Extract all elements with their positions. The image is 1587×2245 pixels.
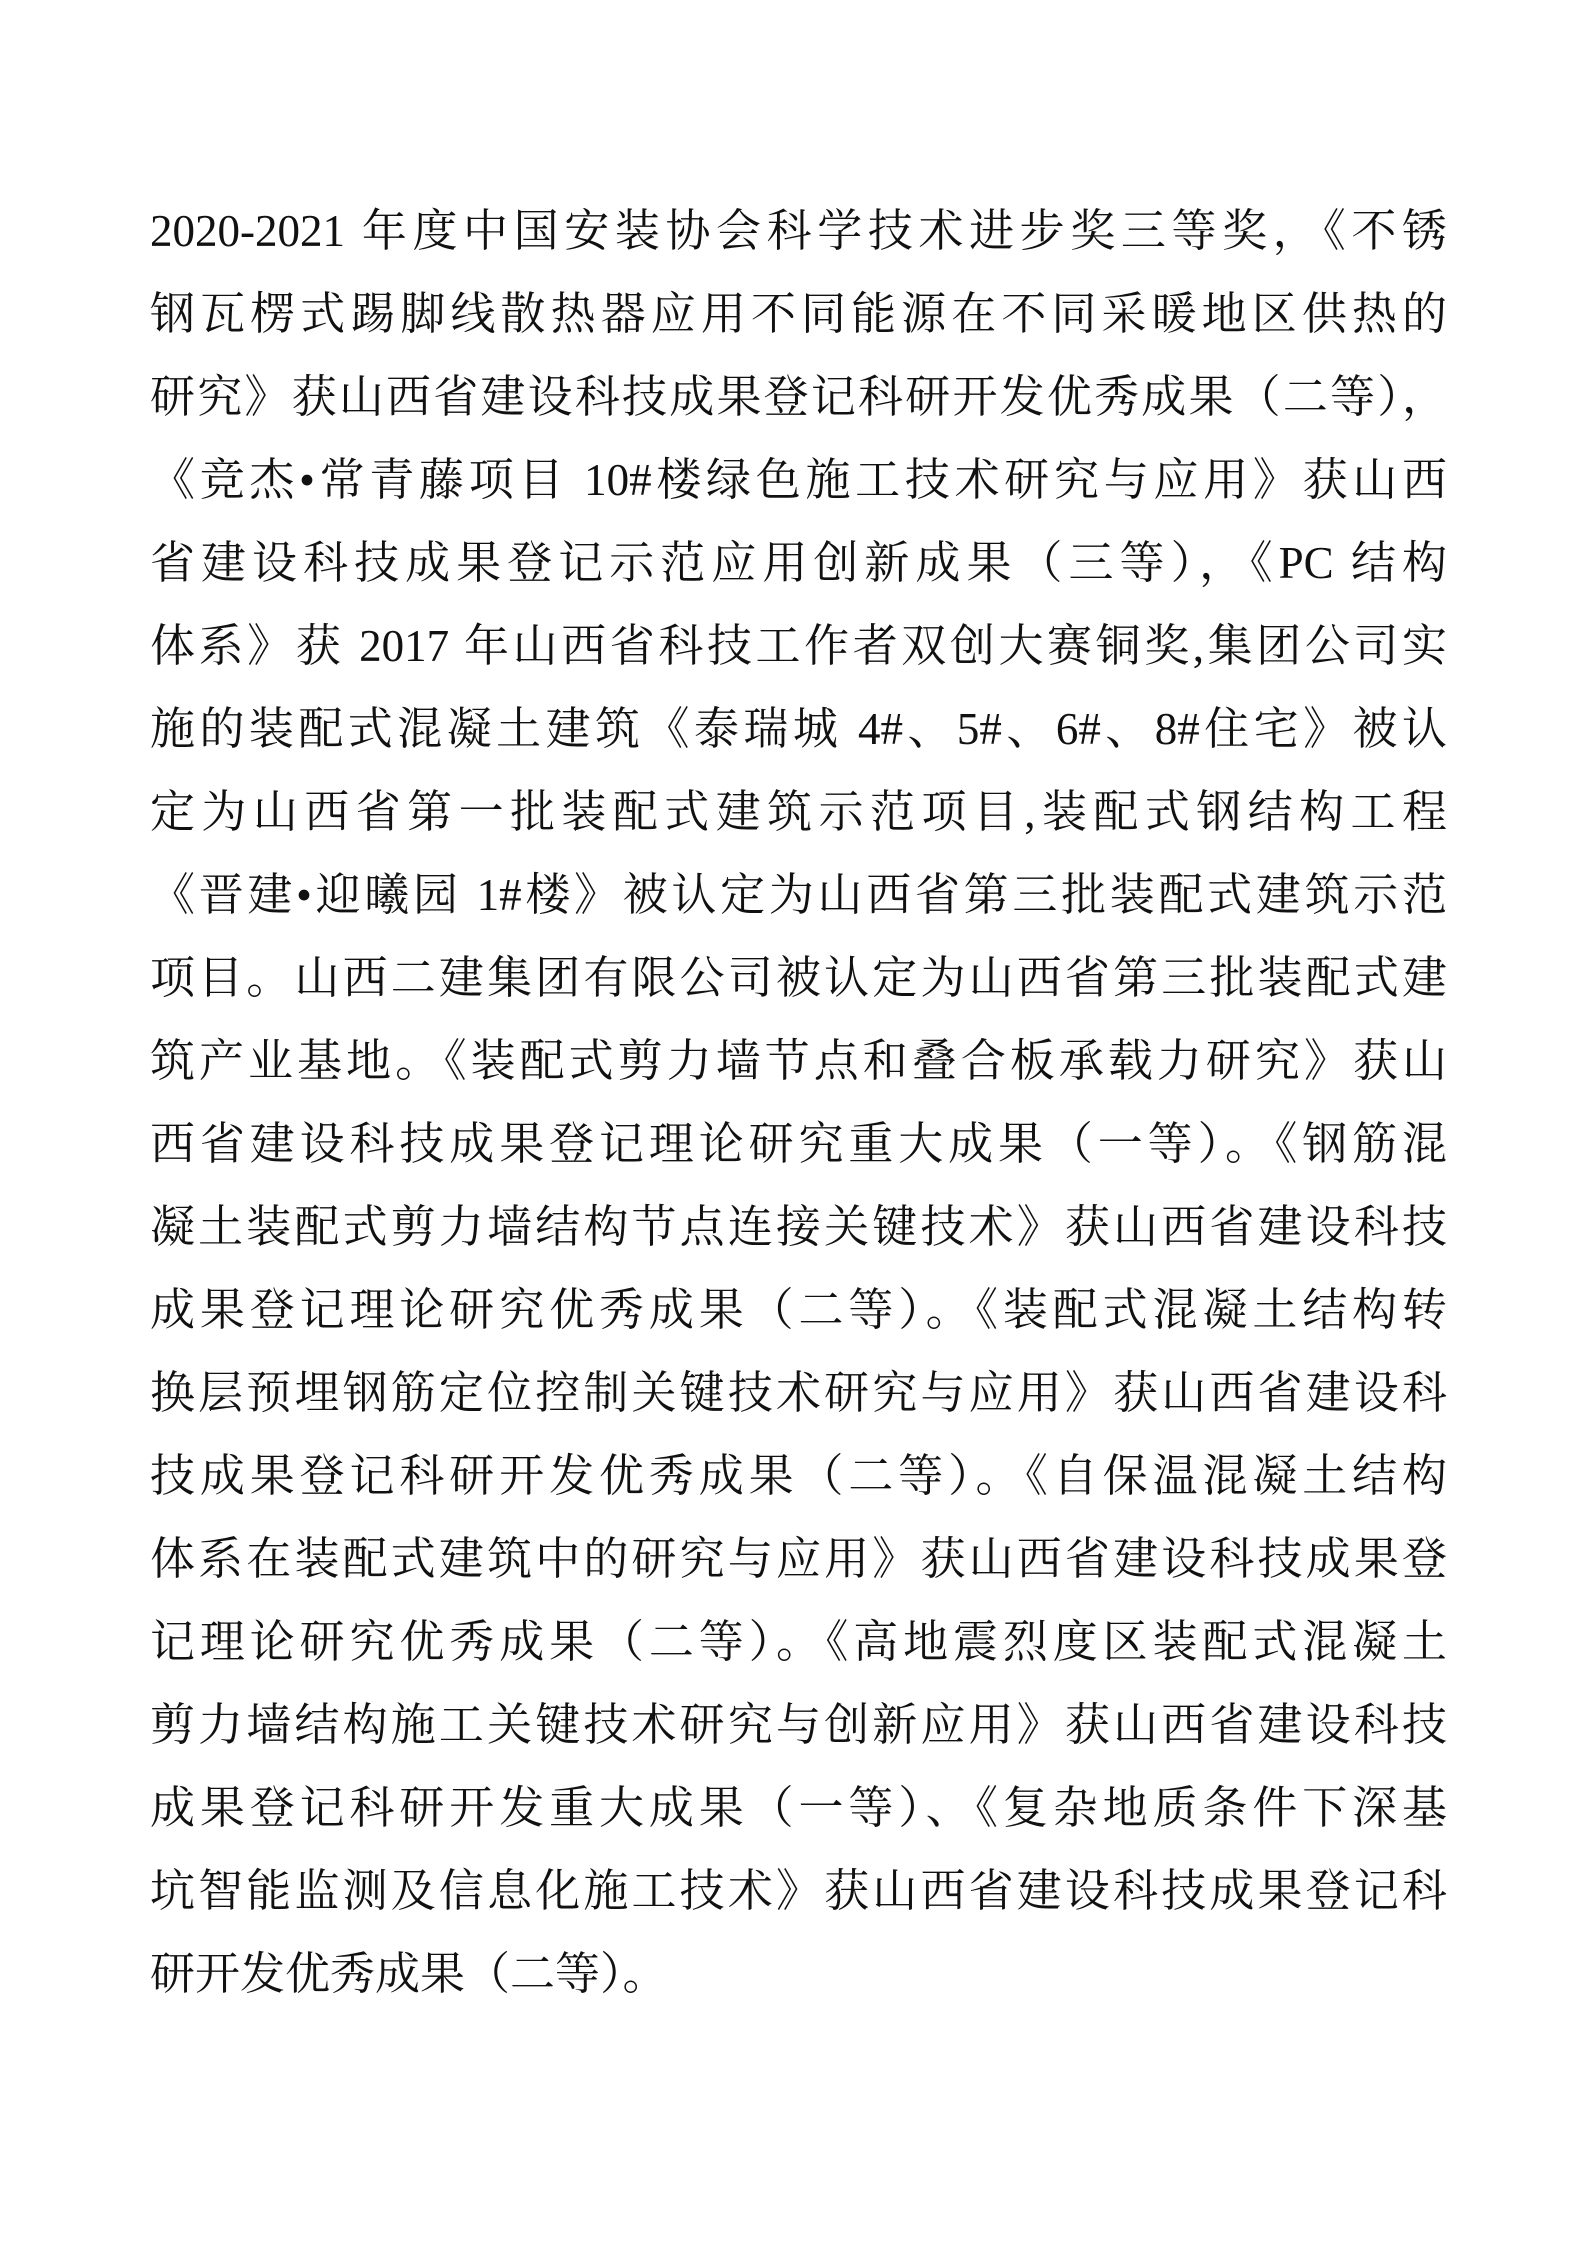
text-line: 成果登记理论研究优秀成果（二等）。《装配式混凝土结构转 [150, 1269, 1447, 1352]
text-line: 凝土装配式剪力墙结构节点连接关键技术》获山西省建设科技 [150, 1186, 1447, 1269]
text-line: 记理论研究优秀成果（二等）。《高地震烈度区装配式混凝土 [150, 1601, 1447, 1684]
text-line: 坑智能监测及信息化施工技术》获山西省建设科技成果登记科 [150, 1850, 1447, 1933]
text-line: 施的装配式混凝土建筑《泰瑞城 4#、5#、6#、8#住宅》被认 [150, 688, 1447, 771]
text-line: 钢瓦楞式踢脚线散热器应用不同能源在不同采暖地区供热的 [150, 273, 1447, 356]
paragraph-continuation: 2020-2021 年度中国安装协会科学技术进步奖三等奖，《不锈 钢瓦楞式踢脚线… [150, 190, 1447, 2016]
document-page: 2020-2021 年度中国安装协会科学技术进步奖三等奖，《不锈 钢瓦楞式踢脚线… [0, 0, 1587, 2245]
text-line: 《竞杰•常青藤项目 10#楼绿色施工技术研究与应用》获山西 [150, 439, 1447, 522]
text-line: 《晋建•迎曦园 1#楼》被认定为山西省第三批装配式建筑示范 [150, 854, 1447, 937]
text-line: 成果登记科研开发重大成果（一等）、《复杂地质条件下深基 [150, 1767, 1447, 1850]
text-line: 技成果登记科研开发优秀成果（二等）。《自保温混凝土结构 [150, 1435, 1447, 1518]
text-line: 项目。山西二建集团有限公司被认定为山西省第三批装配式建 [150, 937, 1447, 1020]
text-line: 剪力墙结构施工关键技术研究与创新应用》获山西省建设科技 [150, 1684, 1447, 1767]
text-line: 研究》获山西省建设科技成果登记科研开发优秀成果（二等）， [150, 356, 1447, 439]
text-line: 体系在装配式建筑中的研究与应用》获山西省建设科技成果登 [150, 1518, 1447, 1601]
text-line: 体系》获 2017 年山西省科技工作者双创大赛铜奖,集团公司实 [150, 605, 1447, 688]
text-line: 西省建设科技成果登记理论研究重大成果（一等）。《钢筋混 [150, 1103, 1447, 1186]
text-line: 2020-2021 年度中国安装协会科学技术进步奖三等奖，《不锈 [150, 190, 1447, 273]
text-line: 研开发优秀成果（二等）。 [150, 1933, 1447, 2016]
text-line: 省建设科技成果登记示范应用创新成果（三等），《PC 结构 [150, 522, 1447, 605]
text-line: 定为山西省第一批装配式建筑示范项目,装配式钢结构工程 [150, 771, 1447, 854]
text-line: 换层预埋钢筋定位控制关键技术研究与应用》获山西省建设科 [150, 1352, 1447, 1435]
text-line: 筑产业基地。《装配式剪力墙节点和叠合板承载力研究》获山 [150, 1020, 1447, 1103]
